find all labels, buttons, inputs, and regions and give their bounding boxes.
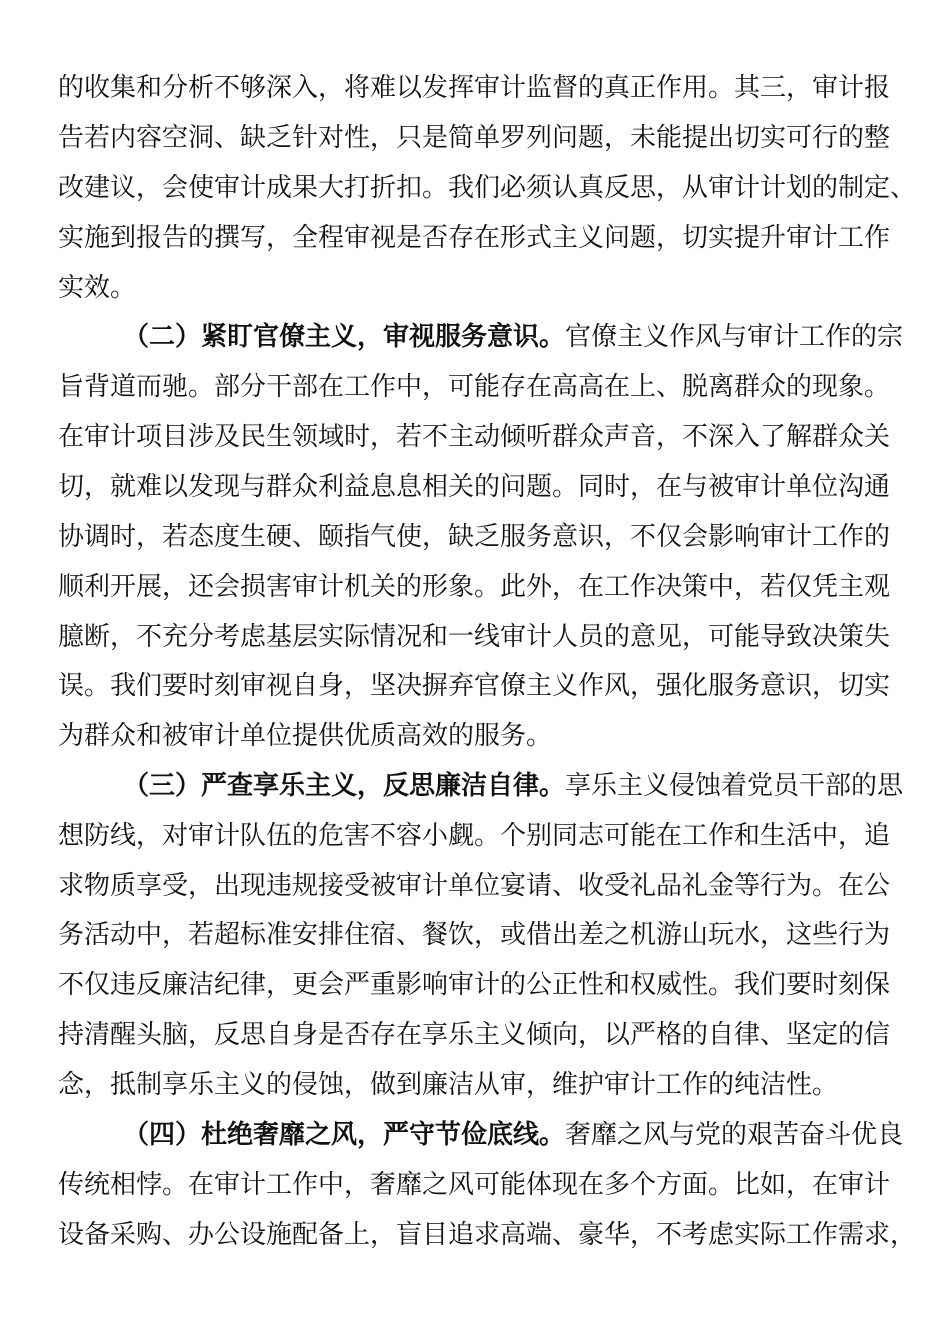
body-text: 设备采购、办公设施配备上，盲目追求高端、豪华，不考虑实际工作需求， (58, 1220, 916, 1250)
paragraph-2-line-6: 顺利开展，还会损害审计机关的形象。此外，在工作决策中，若仅凭主观 (58, 569, 875, 605)
paragraph-1-line-4: 实施到报告的撰写，全程审视是否存在形式主义问题，切实提升审计工作 (58, 220, 875, 256)
body-text: 臆断，不充分考虑基层实际情况和一线审计人员的意见，可能导致决策失 (58, 622, 890, 652)
paragraph-2-line-2: 旨背道而驰。部分干部在工作中，可能存在高高在上、脱离群众的现象。 (58, 369, 875, 405)
body-text: 奢靡之风与党的艰苦奋斗优良 (565, 1120, 903, 1150)
paragraph-4-line-1: （四）杜绝奢靡之风，严守节俭底线。奢靡之风与党的艰苦奋斗优良 (123, 1117, 875, 1153)
body-text: 旨背道而驰。部分干部在工作中，可能存在高高在上、脱离群众的现象。 (58, 372, 890, 402)
body-text: 享乐主义侵蚀着党员干部的思 (565, 771, 903, 801)
body-text: 念，抵制享乐主义的侵蚀，做到廉洁从审，维护审计工作的纯洁性。 (58, 1070, 838, 1100)
paragraph-1-line-1: 的收集和分析不够深入，将难以发挥审计监督的真正作用。其三，审计报 (58, 70, 875, 106)
paragraph-4-line-2: 传统相悖。在审计工作中，奢靡之风可能体现在多个方面。比如，在审计 (58, 1167, 875, 1203)
body-text: 为群众和被审计单位提供优质高效的服务。 (58, 721, 552, 751)
section-heading: （四）杜绝奢靡之风，严守节俭底线。 (123, 1120, 565, 1150)
body-text: 改建议，会使审计成果大打折扣。我们必须认真反思，从审计计划的制定、 (58, 173, 916, 203)
paragraph-4-line-3: 设备采购、办公设施配备上，盲目追求高端、豪华，不考虑实际工作需求， (58, 1217, 875, 1253)
paragraph-3-line-2: 想防线，对审计队伍的危害不容小觑。个别同志可能在工作和生活中，追 (58, 818, 875, 854)
body-text: 告若内容空洞、缺乏针对性，只是简单罗列问题，未能提出切实可行的整 (58, 123, 890, 153)
paragraph-1-line-5: 实效。 (58, 270, 875, 306)
paragraph-3-line-4: 务活动中，若超标准安排住宿、餐饮，或借出差之机游山玩水，这些行为 (58, 917, 875, 953)
body-text: 想防线，对审计队伍的危害不容小觑。个别同志可能在工作和生活中，追 (58, 821, 890, 851)
paragraph-2-line-1: （二）紧盯官僚主义，审视服务意识。官僚主义作风与审计工作的宗 (123, 319, 875, 355)
body-text: 务活动中，若超标准安排住宿、餐饮，或借出差之机游山玩水，这些行为 (58, 920, 890, 950)
body-text: 官僚主义作风与审计工作的宗 (565, 322, 903, 352)
paragraph-3-line-7: 念，抵制享乐主义的侵蚀，做到廉洁从审，维护审计工作的纯洁性。 (58, 1067, 875, 1103)
paragraph-1-line-3: 改建议，会使审计成果大打折扣。我们必须认真反思，从审计计划的制定、 (58, 170, 875, 206)
paragraph-3-line-3: 求物质享受，出现违规接受被审计单位宴请、收受礼品礼金等行为。在公 (58, 868, 875, 904)
paragraph-2-line-4: 切，就难以发现与群众利益息息相关的问题。同时，在与被审计单位沟通 (58, 469, 875, 505)
body-text: 顺利开展，还会损害审计机关的形象。此外，在工作决策中，若仅凭主观 (58, 572, 890, 602)
body-text: 不仅违反廉洁纪律，更会严重影响审计的公正性和权威性。我们要时刻保 (58, 970, 890, 1000)
paragraph-3-line-1: （三）严查享乐主义，反思廉洁自律。享乐主义侵蚀着党员干部的思 (123, 768, 875, 804)
paragraph-2-line-3: 在审计项目涉及民生领域时，若不主动倾听群众声音，不深入了解群众关 (58, 419, 875, 455)
body-text: 传统相悖。在审计工作中，奢靡之风可能体现在多个方面。比如，在审计 (58, 1170, 890, 1200)
paragraph-2-line-7: 臆断，不充分考虑基层实际情况和一线审计人员的意见，可能导致决策失 (58, 619, 875, 655)
paragraph-2-line-8: 误。我们要时刻审视自身，坚决摒弃官僚主义作风，强化服务意识，切实 (58, 668, 875, 704)
body-text: 实效。 (58, 273, 136, 303)
body-text: 协调时，若态度生硬、颐指气使，缺乏服务意识，不仅会影响审计工作的 (58, 522, 890, 552)
section-heading: （三）严查享乐主义，反思廉洁自律。 (123, 771, 565, 801)
paragraph-2-line-5: 协调时，若态度生硬、颐指气使，缺乏服务意识，不仅会影响审计工作的 (58, 519, 875, 555)
body-text: 求物质享受，出现违规接受被审计单位宴请、收受礼品礼金等行为。在公 (58, 871, 890, 901)
paragraph-2-line-9: 为群众和被审计单位提供优质高效的服务。 (58, 718, 875, 754)
body-text: 的收集和分析不够深入，将难以发挥审计监督的真正作用。其三，审计报 (58, 73, 890, 103)
section-heading: （二）紧盯官僚主义，审视服务意识。 (123, 322, 565, 352)
paragraph-3-line-6: 持清醒头脑，反思自身是否存在享乐主义倾向，以严格的自律、坚定的信 (58, 1017, 875, 1053)
body-text: 实施到报告的撰写，全程审视是否存在形式主义问题，切实提升审计工作 (58, 223, 890, 253)
body-text: 在审计项目涉及民生领域时，若不主动倾听群众声音，不深入了解群众关 (58, 422, 890, 452)
paragraph-1-line-2: 告若内容空洞、缺乏针对性，只是简单罗列问题，未能提出切实可行的整 (58, 120, 875, 156)
body-text: 切，就难以发现与群众利益息息相关的问题。同时，在与被审计单位沟通 (58, 472, 890, 502)
body-text: 持清醒头脑，反思自身是否存在享乐主义倾向，以严格的自律、坚定的信 (58, 1020, 890, 1050)
paragraph-3-line-5: 不仅违反廉洁纪律，更会严重影响审计的公正性和权威性。我们要时刻保 (58, 967, 875, 1003)
body-text: 误。我们要时刻审视自身，坚决摒弃官僚主义作风，强化服务意识，切实 (58, 671, 890, 701)
